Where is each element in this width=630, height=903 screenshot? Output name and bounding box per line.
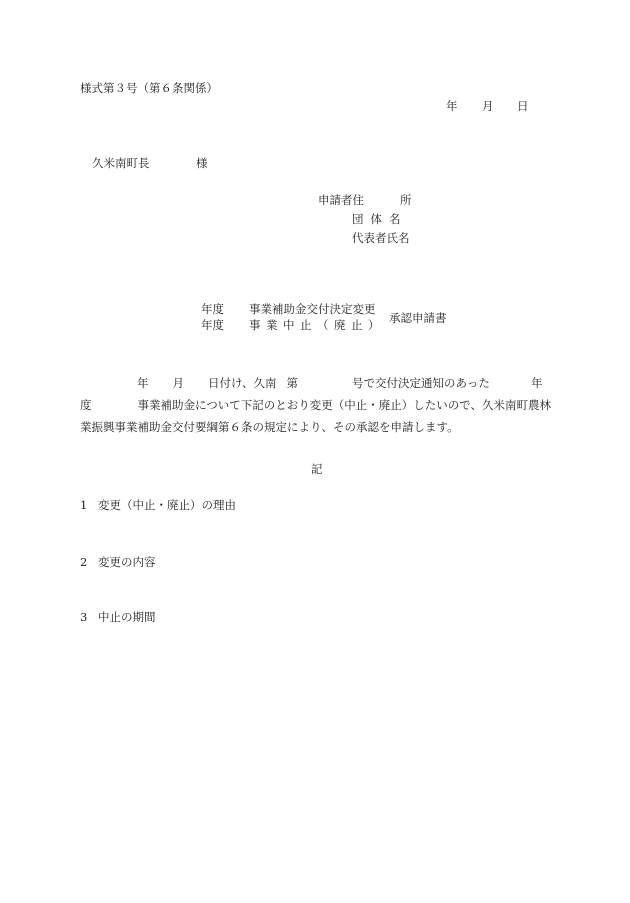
list-item-reason: 1変更（中止・廃止）の理由 — [80, 498, 236, 512]
applicant-address-label-suffix: 所 — [400, 193, 412, 207]
list-item-cancel-period: 3中止の期間 — [80, 610, 156, 624]
item-number: 2 — [80, 555, 98, 569]
body-day-text: 日付け、久南 — [208, 376, 277, 390]
addressee-name: 久米南町長 — [92, 156, 196, 170]
item-label: 変更の内容 — [98, 555, 156, 569]
item-label: 中止の期間 — [98, 610, 156, 624]
document-title: 年度 年度 事業補助金交付決定変更 事業中止（廃止） 承認申請書 — [201, 302, 461, 332]
ki-label: 記 — [311, 462, 323, 476]
applicant-address-label: 申請者住 — [318, 193, 400, 207]
title-year-label-2: 年度 — [201, 318, 224, 332]
body-do: 度 — [80, 398, 92, 412]
title-line-cancel: 事業中止（廃止） — [249, 318, 385, 332]
body-notice-text: 号で交付決定通知のあった — [352, 376, 490, 390]
body-line-1: 年月日付け、久南第号で交付決定通知のあった年 — [80, 376, 542, 390]
body-line-2-text: 事業補助金について下記のとおり変更（中止・廃止）したいので、久米南町農林 — [138, 398, 552, 412]
item-label: 変更（中止・廃止）の理由 — [98, 498, 236, 512]
applicant-representative-label: 代表者氏名 — [352, 231, 410, 245]
body-end-year: 年 — [531, 376, 543, 390]
addressee-honorific: 様 — [196, 156, 208, 170]
date-year-label: 年 — [446, 99, 482, 113]
date-month-label: 月 — [482, 99, 517, 113]
applicant-address-row: 申請者住所 — [318, 193, 412, 207]
addressee: 久米南町長様 — [92, 156, 208, 170]
item-number: 1 — [80, 498, 98, 512]
date-line: 年月日 — [446, 99, 529, 113]
applicant-organization-label: 団体名 — [352, 212, 408, 226]
body-dai: 第 — [287, 376, 299, 390]
date-day-label: 日 — [517, 99, 529, 113]
document-page: 様式第３号（第６条関係） 年月日 久米南町長様 申請者住所 団体名 代表者氏名 … — [0, 0, 630, 903]
title-suffix: 承認申請書 — [389, 311, 447, 325]
item-number: 3 — [80, 610, 98, 624]
body-month: 月 — [173, 376, 185, 390]
form-number: 様式第３号（第６条関係） — [80, 81, 218, 95]
body-year: 年 — [137, 376, 149, 390]
body-line-3: 業振興事業補助金交付要綱第６条の規定により、その承認を申請します。 — [80, 420, 459, 434]
title-line-change: 事業補助金交付決定変更 — [249, 302, 376, 316]
body-line-2: 度事業補助金について下記のとおり変更（中止・廃止）したいので、久米南町農林 — [80, 398, 551, 412]
list-item-change-content: 2変更の内容 — [80, 555, 156, 569]
title-year-label-1: 年度 — [201, 302, 224, 316]
